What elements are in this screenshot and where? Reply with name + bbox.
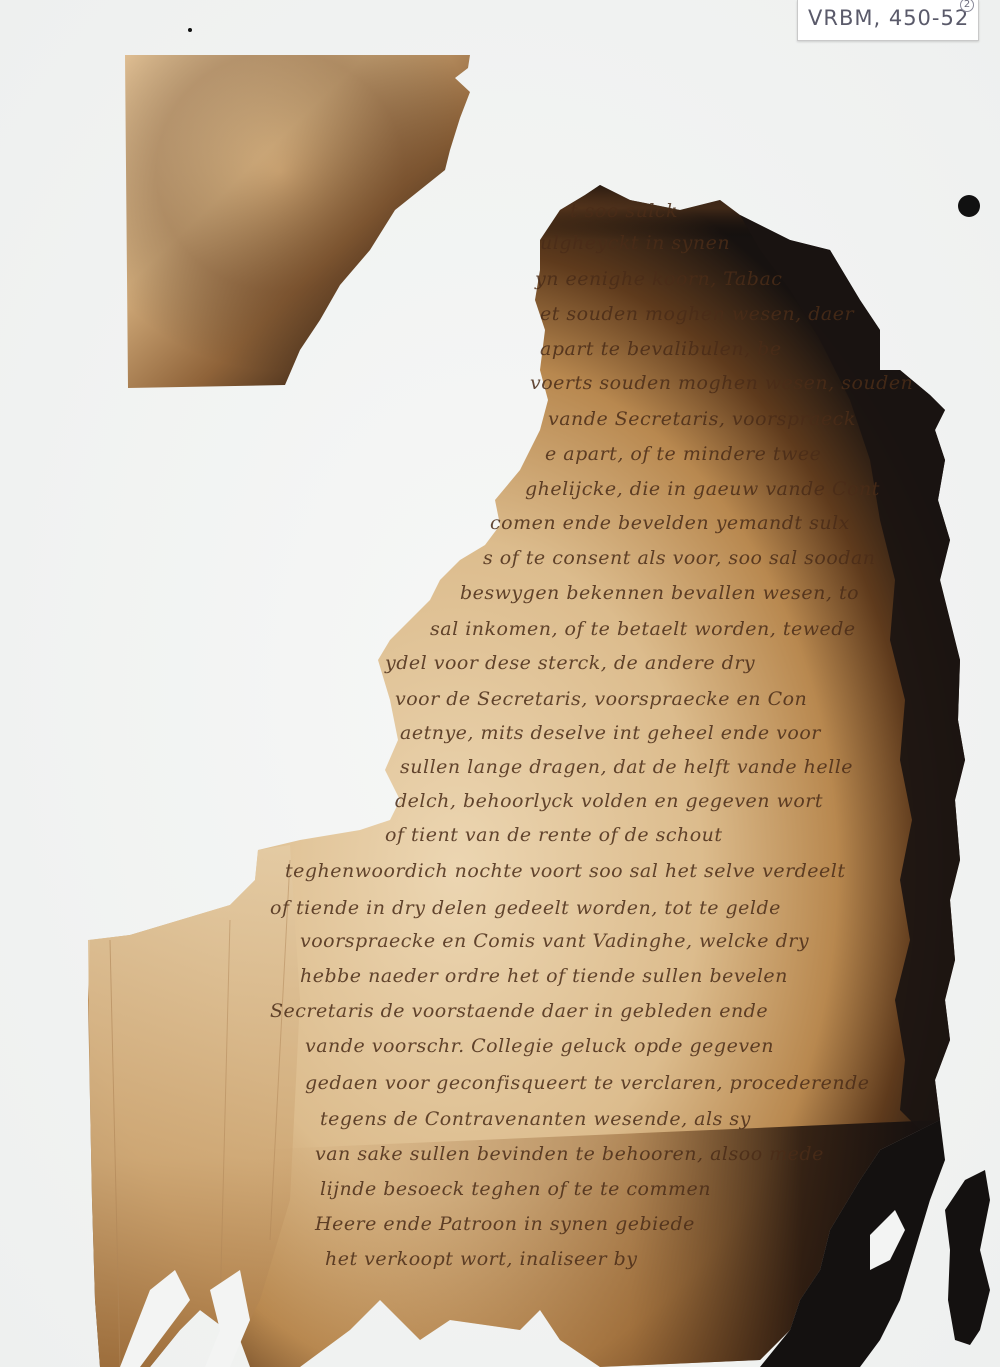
handwriting-line: s of te consent als voor, soo sal soodan: [483, 547, 876, 569]
handwriting-line: ghelijcke, die in gaeuw vande Cont: [525, 478, 880, 500]
handwriting-line: of tiende in dry delen gedeelt worden, t…: [270, 897, 781, 919]
handwriting-line: vande Secretaris, voorspraeck: [548, 408, 856, 430]
handwriting-line: sullen lange dragen, dat de helft vande …: [400, 756, 853, 778]
handwriting-line: teghenwoordich nochte voort soo sal het …: [285, 860, 846, 882]
handwriting-line: of tient van de rente of de schout: [385, 824, 723, 846]
handwriting-line: vande voorschr. Collegie geluck opde geg…: [305, 1035, 774, 1057]
handwriting-line: lijnde besoeck teghen of te te commen: [320, 1178, 711, 1200]
handwriting-line: voerts souden moghen wesen, souden: [530, 372, 913, 394]
handwriting-line: beswygen bekennen bevallen wesen, to: [460, 582, 859, 604]
handwriting-line: sal inkomen, of te betaelt worden, tewed…: [430, 618, 856, 640]
char-speck-small: [188, 28, 192, 32]
handwriting-line: e apart, of te mindere twee: [545, 443, 821, 465]
handwriting-line: gedaen voor geconfisqueert te verclaren,…: [305, 1072, 870, 1094]
handwriting-line: aetnye, mits deselve int geheel ende voo…: [400, 722, 821, 744]
handwriting-line: comen ende bevelden yemandt sulx: [490, 512, 850, 534]
handwriting-line: yn eenighe koorn, Tabac: [535, 268, 782, 290]
char-speck: [958, 195, 980, 217]
handwriting-line: apart te bevalibulen, be: [540, 338, 782, 360]
handwriting-line: ydel voor dese sterck, de andere dry: [385, 652, 755, 674]
handwriting-line: tegens de Contravenanten wesende, als sy: [320, 1108, 751, 1130]
handwriting-line: delch, behoorlyck volden en gegeven wort: [395, 790, 823, 812]
handwriting-line: Heere ende Patroon in synen gebiede: [315, 1213, 695, 1235]
handwriting-line: voor de Secretaris, voorspraecke en Con: [395, 688, 807, 710]
handwriting-line: Secretaris de voorstaende daer in gebled…: [270, 1000, 768, 1022]
handwriting-line: hebbe naeder ordre het of tiende sullen …: [300, 965, 788, 987]
handwriting-line: van sake sullen bevinden te behooren, al…: [315, 1143, 824, 1165]
handwriting-line: t soo sulck: [570, 200, 678, 222]
handwriting-line: het verkoopt wort, inaliseer by: [325, 1248, 638, 1270]
handwriting-line: ulgheyckt in synen: [540, 232, 730, 254]
handwriting-line: et souden moghen wesen, daer: [540, 303, 854, 325]
handwriting-line: voorspraecke en Comis vant Vadinghe, wel…: [300, 930, 809, 952]
